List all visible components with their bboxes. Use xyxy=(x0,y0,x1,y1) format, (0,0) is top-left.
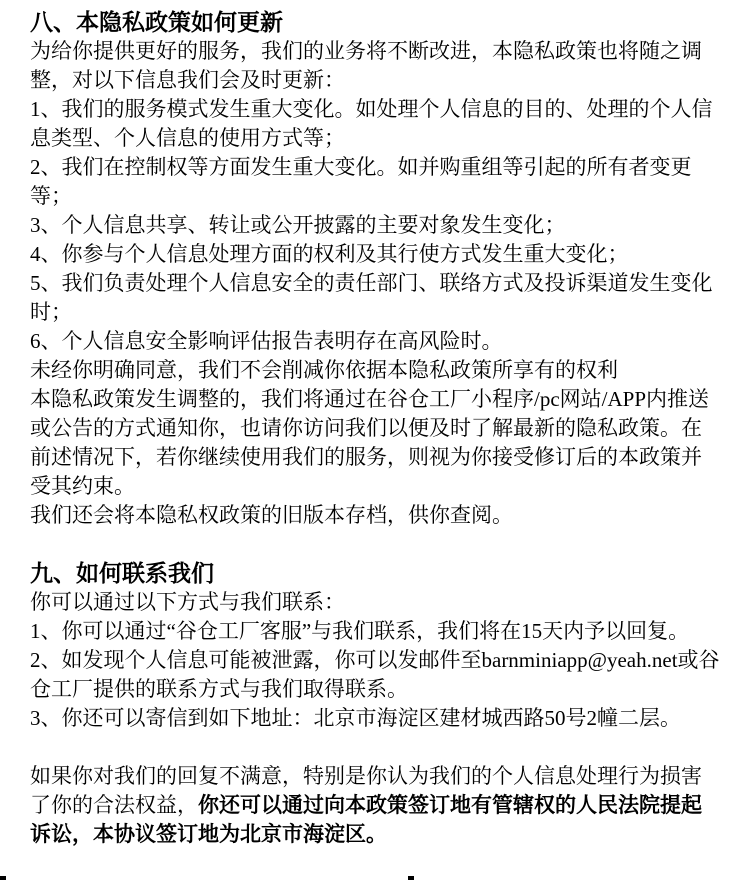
update-item-2: 2、我们在控制权等方面发生重大变化。如并购重组等引起的所有者变更等； xyxy=(30,153,722,211)
contact-item-3: 3、你还可以寄信到如下地址：北京市海淀区建材城西路50号2幢二层。 xyxy=(30,704,722,733)
no-consent-note: 未经你明确同意，我们不会削减你依据本隐私政策所享有的权利 xyxy=(30,356,722,385)
update-item-4: 4、你参与个人信息处理方面的权利及其行使方式发生重大变化； xyxy=(30,240,722,269)
section-update-heading: 八、本隐私政策如何更新 xyxy=(30,8,722,37)
update-item-1: 1、我们的服务模式发生重大变化。如处理个人信息的目的、处理的个人信息类型、个人信… xyxy=(30,95,722,153)
closing-paragraph: 如果你对我们的回复不满意，特别是你认为我们的个人信息处理行为损害了你的合法权益，… xyxy=(30,762,722,849)
section-contact-heading: 九、如何联系我们 xyxy=(30,559,722,588)
contact-item-2: 2、如发现个人信息可能被泄露，你可以发邮件至barnminiapp@yeah.n… xyxy=(30,646,722,704)
cutoff-glyph-artifact xyxy=(0,876,6,880)
privacy-policy-document: 八、本隐私政策如何更新 为给你提供更好的服务，我们的业务将不断改进，本隐私政策也… xyxy=(30,8,722,849)
update-item-5: 5、我们负责处理个人信息安全的责任部门、联络方式及投诉渠道发生变化时； xyxy=(30,269,722,327)
cutoff-glyph-artifact xyxy=(408,876,414,880)
section-contact-intro: 你可以通过以下方式与我们联系： xyxy=(30,588,722,617)
update-item-6: 6、个人信息安全影响评估报告表明存在高风险时。 xyxy=(30,327,722,356)
update-item-3: 3、个人信息共享、转让或公开披露的主要对象发生变化； xyxy=(30,211,722,240)
section-update-intro: 为给你提供更好的服务，我们的业务将不断改进，本隐私政策也将随之调整，对以下信息我… xyxy=(30,37,722,95)
update-notice-bold: 本隐私政策发生调整的，我们将通过在谷仓工厂小程序/pc网站/APP内推送或公告的… xyxy=(30,385,722,501)
contact-item-1: 1、你可以通过“谷仓工厂客服”与我们联系，我们将在15天内予以回复。 xyxy=(30,617,722,646)
archive-note-bold: 我们还会将本隐私权政策的旧版本存档，供你查阅。 xyxy=(30,501,722,530)
